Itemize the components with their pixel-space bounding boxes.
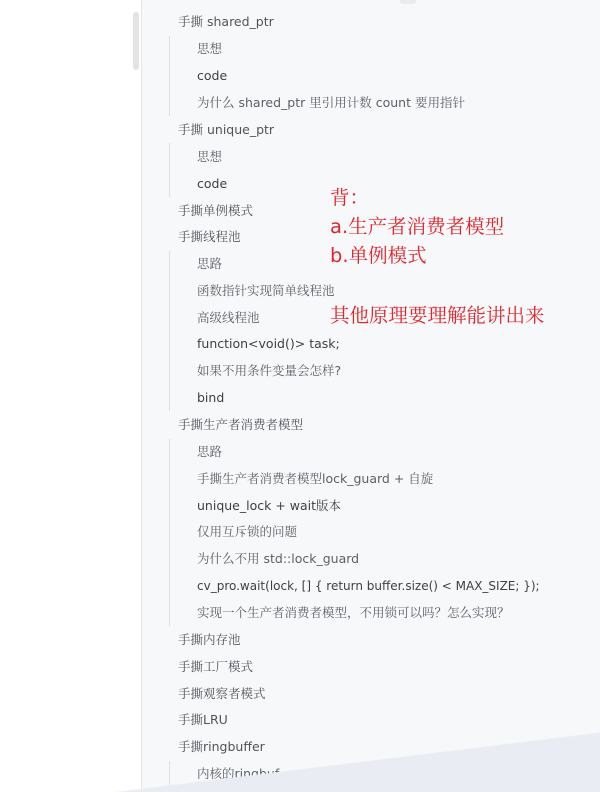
outline-item[interactable]: 手撕LRU	[178, 707, 228, 733]
outline-subitem[interactable]: bind	[197, 385, 224, 411]
outline-subitem[interactable]: code	[197, 63, 227, 89]
nest-guide-unique-ptr	[169, 143, 170, 197]
outline-subitem[interactable]: cv_pro.wait(lock, [] { return buffer.siz…	[197, 573, 540, 599]
outline-item[interactable]: 手撕工厂模式	[178, 654, 253, 680]
outline-panel: 手撕 shared_ptr 思想 code 为什么 shared_ptr 里引用…	[142, 0, 600, 792]
outline-subitem[interactable]: 为什么不用 std::lock_guard	[197, 546, 359, 572]
outline-item[interactable]: 手撕观察者模式	[178, 681, 266, 707]
nest-guide-ringbuffer	[169, 761, 170, 787]
outline-subitem[interactable]: unique_lock + wait版本	[197, 493, 341, 519]
outline-item[interactable]: 手撕线程池	[178, 224, 241, 250]
outline-item[interactable]: 手撕内存池	[178, 627, 241, 653]
annotation-item-b: b.单例模式	[330, 242, 427, 269]
nest-guide-shared-ptr	[169, 36, 170, 116]
outline-subitem[interactable]: function<void()> task;	[197, 331, 340, 357]
outline-subitem[interactable]: 为什么 shared_ptr 里引用计数 count 要用指针	[197, 90, 465, 116]
outline-subitem[interactable]: 函数指针实现简单线程池	[197, 278, 335, 304]
outline-subitem[interactable]: 内核的ringbuf	[197, 761, 279, 787]
scrollbar-thumb[interactable]	[133, 12, 139, 70]
outline-item[interactable]: 手撕 unique_ptr	[178, 117, 274, 143]
outline-item[interactable]: 手撕ringbuffer	[178, 734, 265, 760]
outline-subitem[interactable]: code	[197, 171, 227, 197]
annotation-item-a: a.生产者消费者模型	[330, 213, 504, 240]
outline-subitem[interactable]: 仅用互斥锁的问题	[197, 519, 297, 545]
nest-guide-producer-consumer	[169, 439, 170, 626]
left-pane	[0, 0, 142, 792]
outline-subitem[interactable]: 思路	[197, 251, 222, 277]
outline-item[interactable]: 手撕 shared_ptr	[178, 9, 274, 35]
outline-subitem[interactable]: 思想	[197, 36, 222, 62]
outline-subitem[interactable]: 手撕生产者消费者模型lock_guard + 自旋	[197, 466, 433, 492]
annotation-note: 其他原理要理解能讲出来	[330, 302, 545, 329]
outline-subitem[interactable]: 思想	[197, 144, 222, 170]
outline-subitem[interactable]: 思路	[197, 439, 222, 465]
outline-item[interactable]: 手撕生产者消费者模型	[178, 412, 303, 438]
outline-subitem[interactable]: 实现一个生产者消费者模型，不用锁可以吗？怎么实现？	[197, 600, 510, 626]
outline-item[interactable]: 手撕单例模式	[178, 198, 253, 224]
outline-subitem[interactable]: 高级线程池	[197, 305, 260, 331]
outline-subitem[interactable]: 如果不用条件变量会怎样?	[197, 358, 341, 384]
nest-guide-thread-pool	[169, 251, 170, 411]
annotation-memorize-heading: 背：	[330, 184, 369, 211]
